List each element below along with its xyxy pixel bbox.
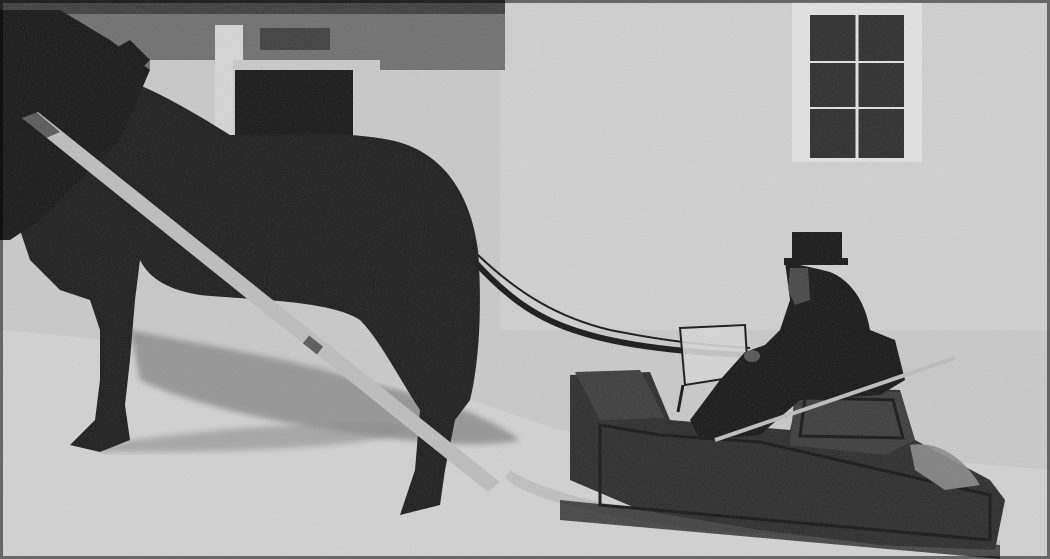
photograph [0, 0, 1050, 559]
